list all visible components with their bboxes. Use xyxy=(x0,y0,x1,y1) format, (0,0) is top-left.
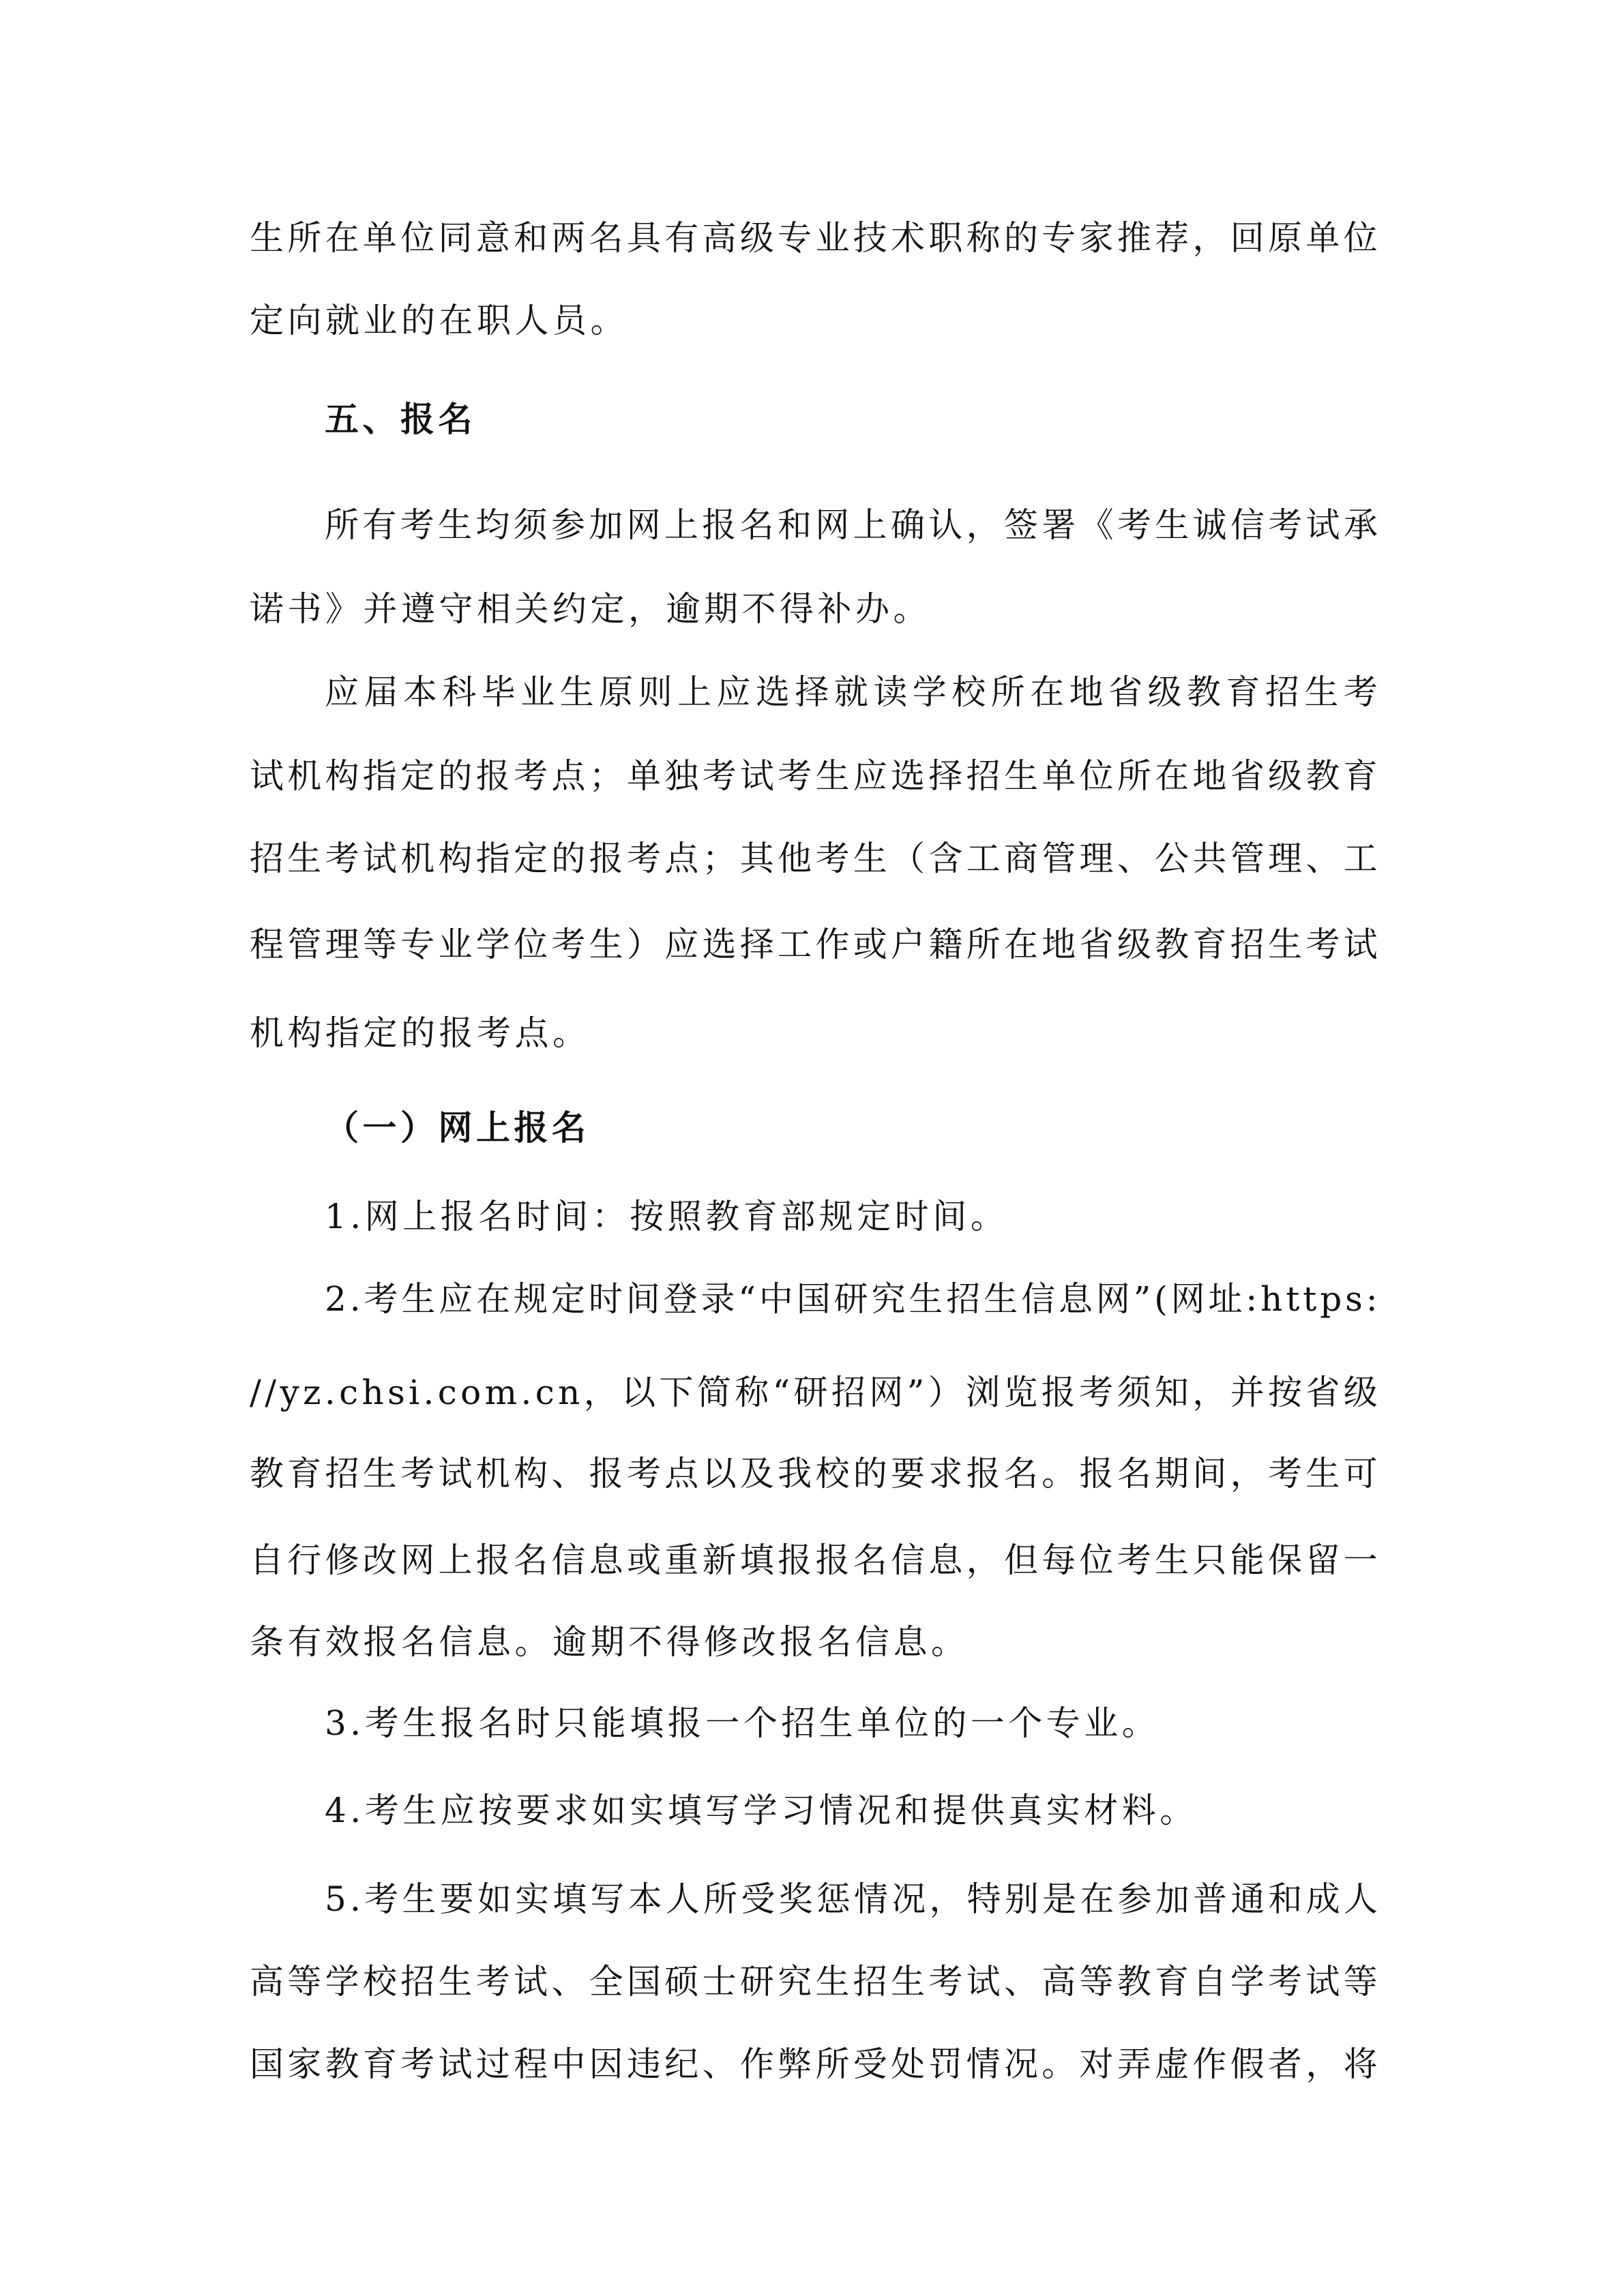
paragraph-line: 程管理等专业学位考生）应选择工作或户籍所在地省级教育招生考试 xyxy=(250,923,1378,966)
paragraph-line: //yz.chsi.com.cn，以下简称“研招网”）浏览报考须知，并按省级 xyxy=(250,1371,1378,1414)
paragraph-line: 国家教育考试过程中因违纪、作弊所受处罚情况。对弄虚作假者，将 xyxy=(250,2042,1378,2086)
paragraph-line: 试机构指定的报考点；单独考试考生应选择招生单位所在地省级教育 xyxy=(250,754,1378,798)
paragraph-line: 高等学校招生考试、全国硕士研究生招生考试、高等教育自学考试等 xyxy=(250,1960,1378,2003)
paragraph-line: 教育招生考试机构、报考点以及我校的要求报名。报名期间，考生可 xyxy=(250,1452,1378,1495)
paragraph-line: 生所在单位同意和两名具有高级专业技术职称的专家推荐，回原单位 xyxy=(250,216,1378,260)
paragraph-line: 招生考试机构指定的报考点；其他考生（含工商管理、公共管理、工 xyxy=(250,837,1378,880)
paragraph-line: 机构指定的报考点。 xyxy=(250,1011,1378,1055)
subsection-heading: （一）网上报名 xyxy=(325,1106,1378,1150)
list-item: 5.考生要如实填写本人所受奖惩情况，特别是在参加普通和成人 xyxy=(325,1877,1378,1921)
paragraph-line: 诺书》并遵守相关约定，逾期不得补办。 xyxy=(250,587,1378,631)
paragraph-line: 条有效报名信息。逾期不得修改报名信息。 xyxy=(250,1620,1378,1664)
paragraph-line: 所有考生均须参加网上报名和网上确认，签署《考生诚信考试承 xyxy=(325,503,1378,547)
list-item: 4.考生应按要求如实填写学习情况和提供真实材料。 xyxy=(325,1789,1378,1832)
paragraph-line: 自行修改网上报名信息或重新填报报名信息，但每位考生只能保留一 xyxy=(250,1538,1378,1582)
list-item: 1.网上报名时间：按照教育部规定时间。 xyxy=(325,1195,1378,1238)
paragraph-line: 应届本科毕业生原则上应选择就读学校所在地省级教育招生考 xyxy=(325,670,1378,714)
list-item: 2.考生应在规定时间登录“中国研究生招生信息网”(网址:https: xyxy=(325,1277,1378,1321)
section-heading: 五、报名 xyxy=(325,398,1378,441)
list-item: 3.考生报名时只能填报一个招生单位的一个专业。 xyxy=(325,1701,1378,1745)
paragraph-line: 定向就业的在职人员。 xyxy=(250,299,1378,342)
document-page: 生所在单位同意和两名具有高级专业技术职称的专家推荐，回原单位 定向就业的在职人员… xyxy=(0,0,1624,2296)
